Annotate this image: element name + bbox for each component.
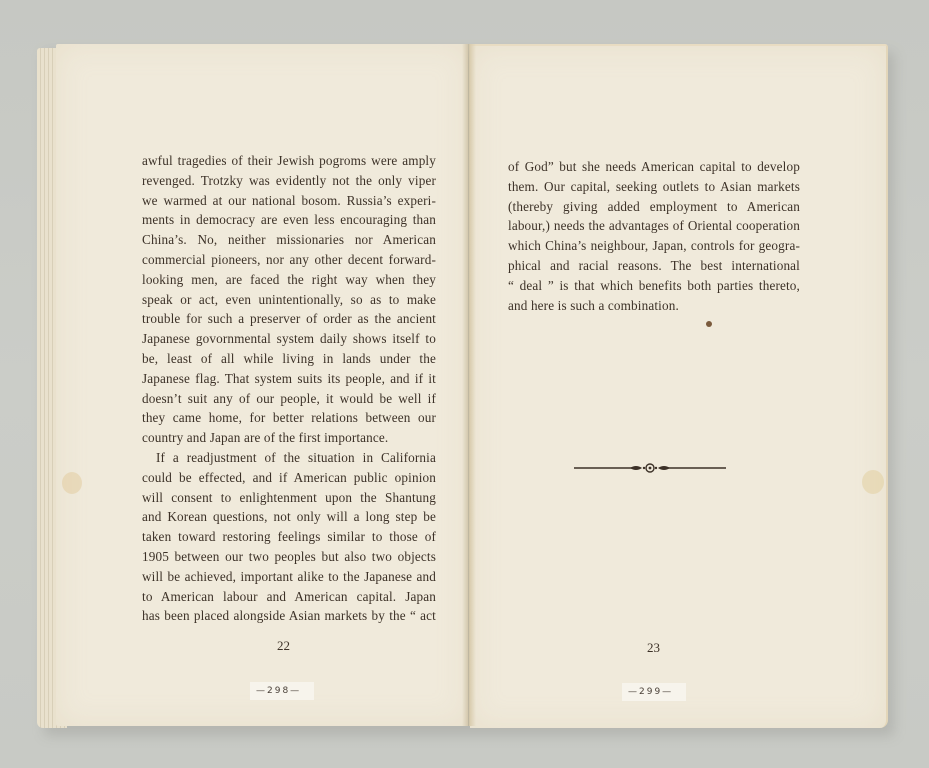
text-line: them. Our capital, seeking outlets to As… <box>508 177 800 197</box>
text-line: to American labour and American capital.… <box>142 587 436 607</box>
text-line: country and Japan are of the first impor… <box>142 428 436 448</box>
text-line: be, least of all while living in lands u… <box>142 349 436 369</box>
text-line: and Korean questions, not only will a lo… <box>142 507 436 527</box>
text-line: ments in democracy are even less encoura… <box>142 210 436 230</box>
page-number-right: 23 <box>647 640 660 656</box>
text-line: will consent to enlightenment upon the S… <box>142 488 436 508</box>
text-line: of God” but she needs American capital t… <box>508 157 800 177</box>
text-line: will be achieved, important alike to the… <box>142 567 436 587</box>
text-line: has been placed alongside Asian markets … <box>142 606 436 626</box>
text-line: awful tragedies of their Jewish pogroms … <box>142 151 436 171</box>
text-line: revenged. Trotzky was evidently not the … <box>142 171 436 191</box>
text-line: labour,) needs the advantages of Orienta… <box>508 216 800 236</box>
right-page-body-text: of God” but she needs American capital t… <box>508 157 800 315</box>
ink-spot <box>706 321 712 327</box>
text-line: and here is such a combination. <box>508 296 800 316</box>
text-line: Japanese flag. That system suits its peo… <box>142 369 436 389</box>
text-line: looking men, are faced the right way whe… <box>142 270 436 290</box>
text-line: phical and racial reasons. The best inte… <box>508 256 800 276</box>
foxing-stain <box>862 470 884 494</box>
text-line: they came home, for better relations bet… <box>142 408 436 428</box>
text-line: (thereby giving added employment to Amer… <box>508 197 800 217</box>
text-line: 1905 between our two peoples but also tw… <box>142 547 436 567</box>
archive-stamp-right: —299— <box>622 683 686 701</box>
end-ornament-icon <box>574 459 726 477</box>
book-gutter <box>462 44 476 726</box>
text-line: doesn’t suit any of our people, it would… <box>142 389 436 409</box>
page-number-left: 22 <box>277 638 290 654</box>
text-line: trouble for such a preserver of order as… <box>142 309 436 329</box>
right-page <box>470 44 888 728</box>
archive-stamp-left: —298— <box>250 682 314 700</box>
text-line: commercial pioneers, nor any other decen… <box>142 250 436 270</box>
text-line: which China’s neighbour, Japan, controls… <box>508 236 800 256</box>
text-line: could be effected, and if American publi… <box>142 468 436 488</box>
text-line: “ deal ” is that which benefits both par… <box>508 276 800 296</box>
text-line: we warmed at our national bosom. Russia’… <box>142 191 436 211</box>
text-line: China’s. No, neither missionaries nor Am… <box>142 230 436 250</box>
text-line: Japanese govornmental system daily shows… <box>142 329 436 349</box>
left-page-body-text: awful tragedies of their Jewish pogroms … <box>142 151 436 626</box>
text-line: taken toward restoring feelings similar … <box>142 527 436 547</box>
foxing-stain <box>62 472 82 494</box>
paragraph-start-line: If a readjustment of the situation in Ca… <box>142 448 436 468</box>
text-line: speak or act, even unintentionally, so a… <box>142 290 436 310</box>
